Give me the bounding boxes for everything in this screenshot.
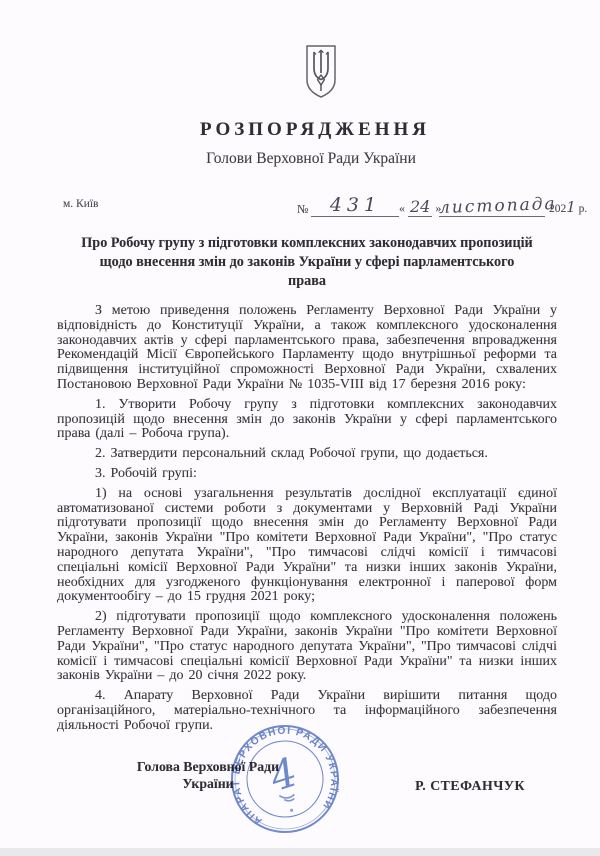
scan-bottom-edge: [0, 848, 600, 856]
doc-type-heading: РОЗПОРЯДЖЕННЯ: [57, 119, 557, 141]
year-digit-handwritten: 1: [566, 198, 576, 216]
document-title: Про Робочу групу з підготовки комплексни…: [79, 234, 535, 291]
paragraph-item-2: 2. Затвердити персональний склад Робочої…: [57, 447, 557, 462]
paragraph-subitem-2: 2) підготувати пропозиції щодо комплексн…: [57, 610, 557, 684]
stamp-center-mark: 4: [264, 749, 303, 801]
meta-row: м. Київ № 431 « 24 » листопада 2021 р.: [57, 184, 557, 220]
paragraph-subitem-1: 1) на основі узагальнення результатів до…: [57, 487, 557, 605]
open-quote: «: [399, 201, 405, 215]
number-value-handwritten: 431: [330, 194, 381, 216]
stamp-seal-icon: АПАРАТ ВЕРХОВНОЇ РАДИ УКРАЇНИ 4: [228, 722, 342, 836]
paragraph-item-3: 3. Робочій групі:: [57, 467, 557, 482]
paragraph-item-1: 1. Утворити Робочу групу з підготовки ко…: [57, 398, 557, 442]
year-prefix: 202: [549, 203, 566, 215]
official-stamp: АПАРАТ ВЕРХОВНОЇ РАДИ УКРАЇНИ 4: [228, 722, 342, 836]
document-body: З метою приведення положень Регламенту В…: [57, 304, 557, 734]
emblem-container: [57, 44, 557, 105]
number-sign-label: №: [297, 202, 308, 216]
year-suffix: р.: [579, 203, 588, 215]
number-group: № 431: [297, 194, 399, 217]
month-value-handwritten: листопада: [439, 194, 557, 218]
month-line: листопада: [439, 196, 545, 217]
year-group: 2021 р.: [549, 198, 587, 216]
signature-name: Р. СТЕФАНЧУК: [415, 778, 525, 794]
number-line: 431: [311, 194, 399, 217]
day-value-handwritten: 24: [408, 197, 432, 217]
issuer-subheading: Голови Верховної Ради України: [57, 150, 557, 168]
day-group: « 24 »: [399, 197, 441, 217]
place-label: м. Київ: [63, 198, 98, 210]
ukraine-trident-emblem-icon: [302, 44, 340, 100]
paragraph-preamble: З метою приведення положень Регламенту В…: [57, 304, 557, 393]
